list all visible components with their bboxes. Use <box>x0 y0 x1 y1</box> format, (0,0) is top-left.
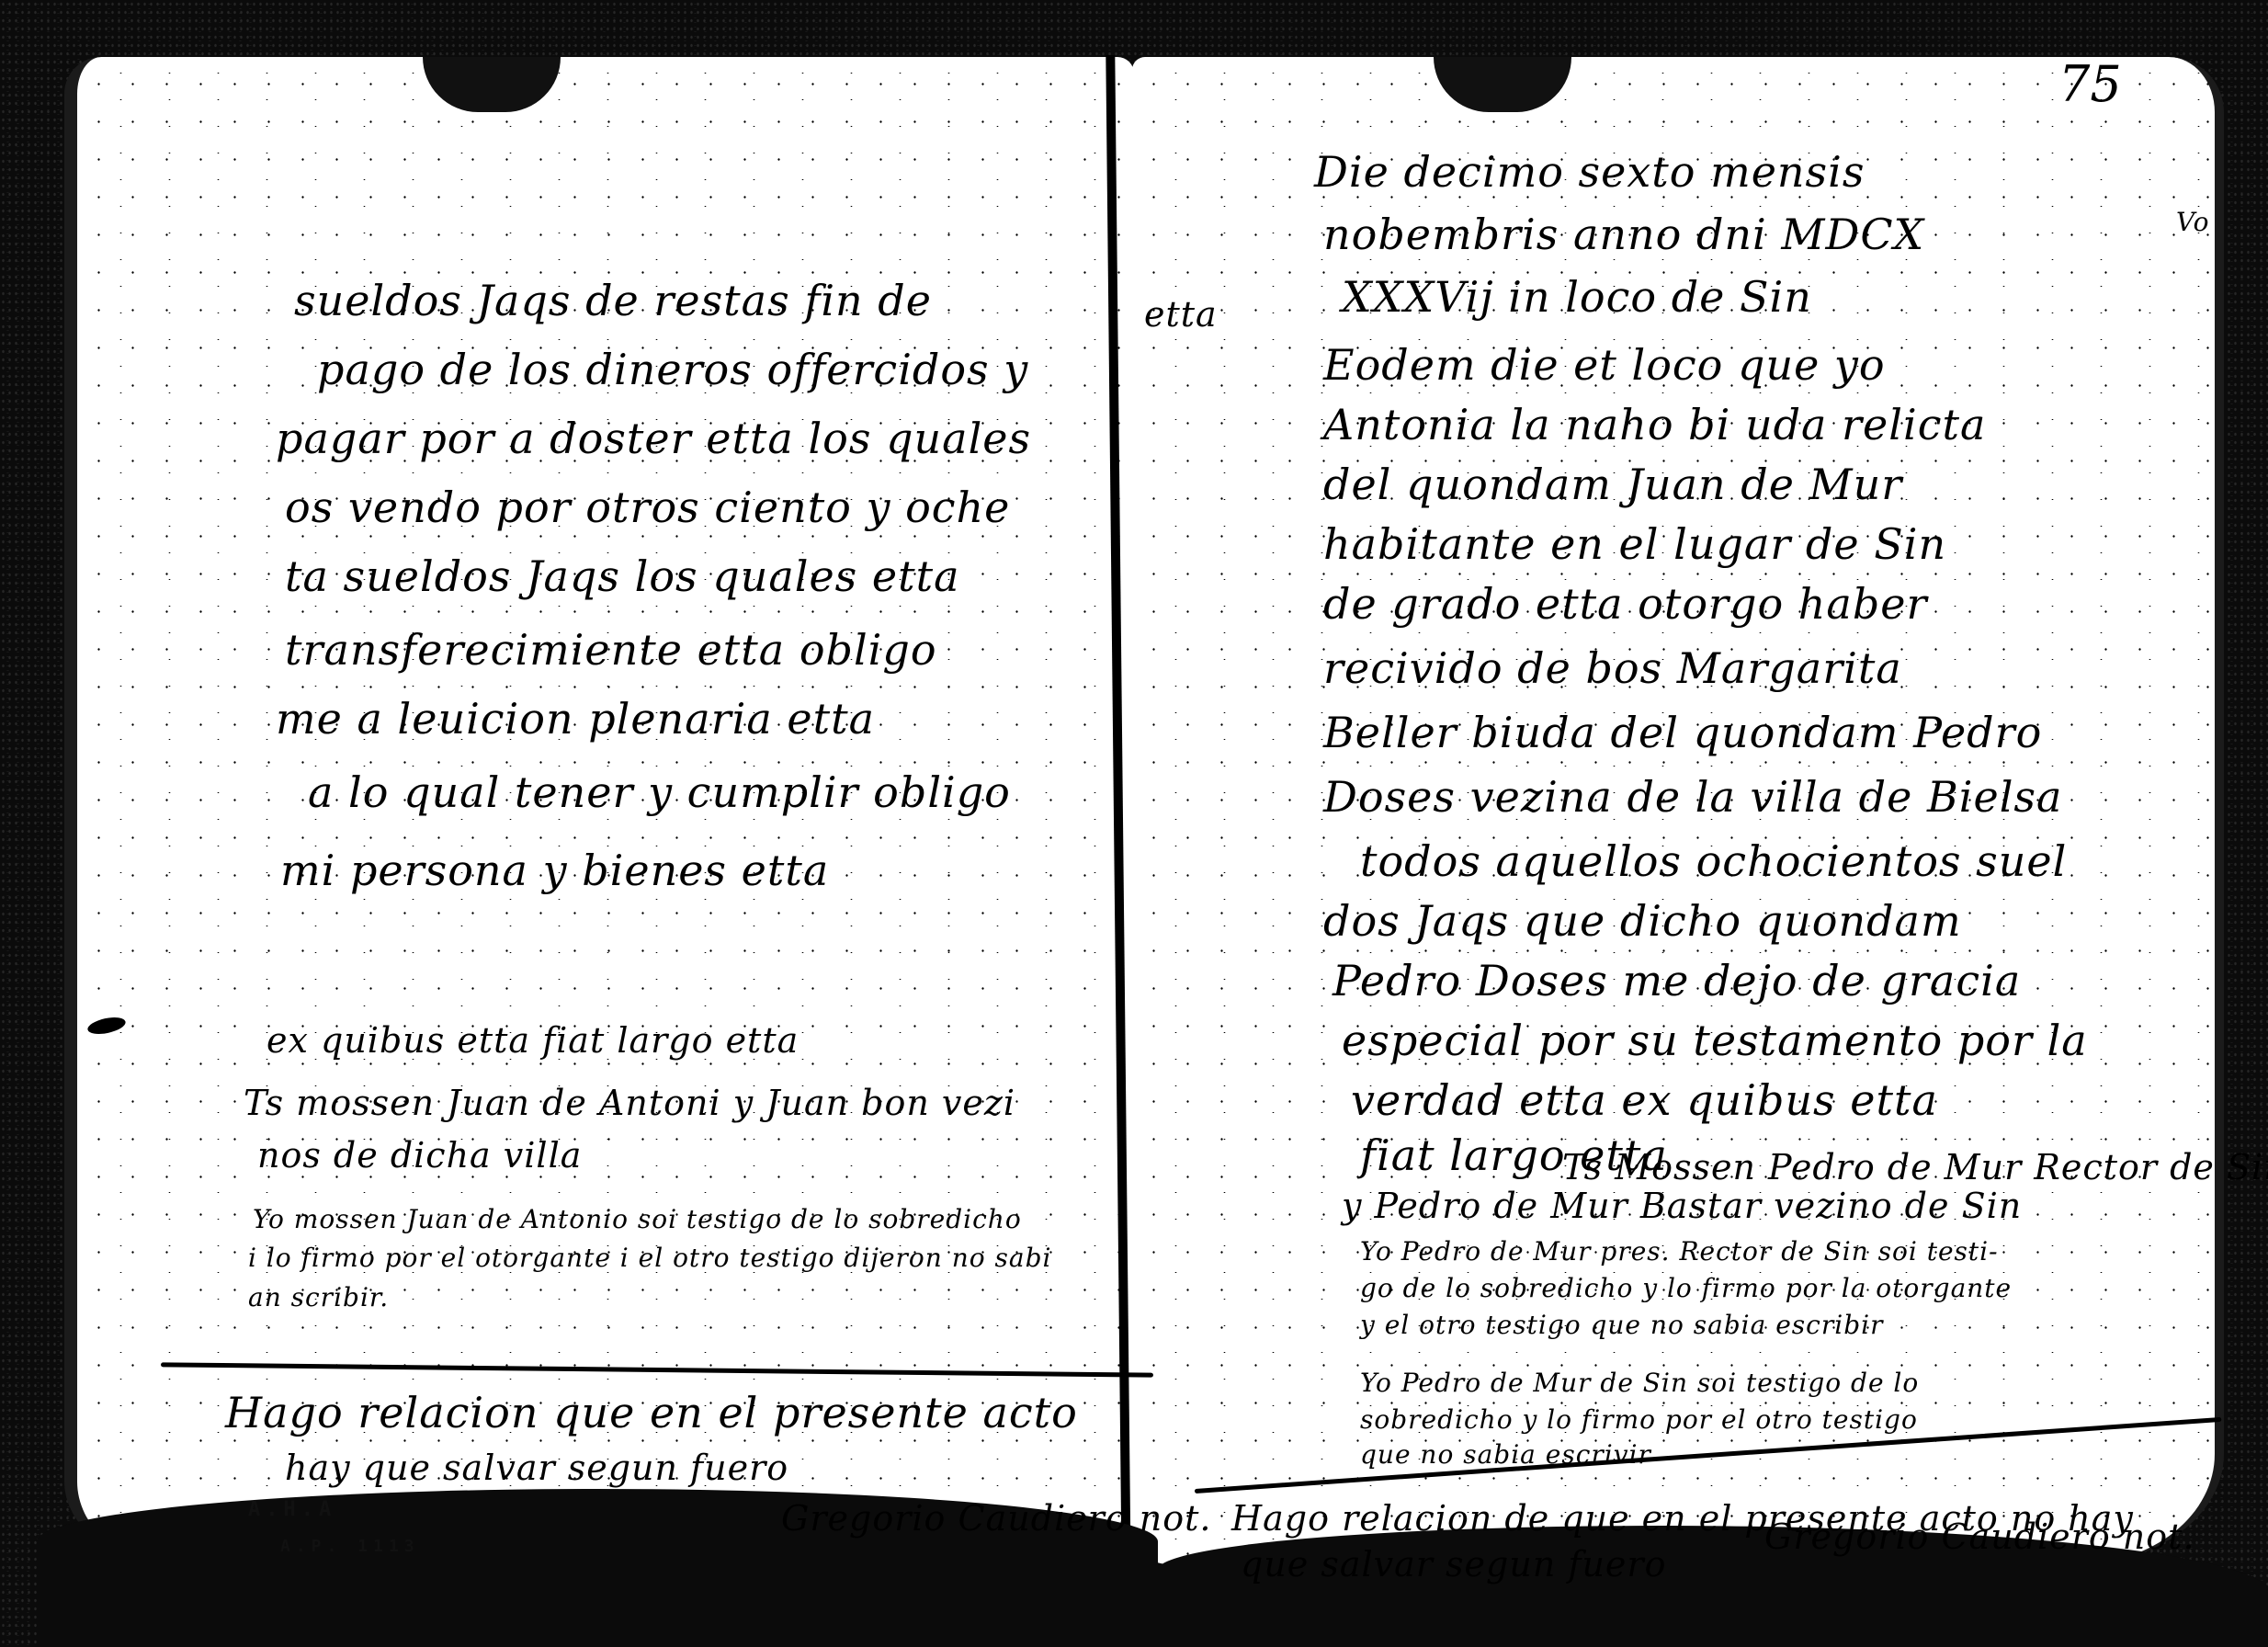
right-text-line: de grado etta otorgo haber <box>1323 579 1928 629</box>
left-text-line: os vendo por otros ciento y oche <box>285 483 1010 532</box>
right-text-line: todos aquellos ochocientos suel <box>1360 836 2067 886</box>
right-text-line: dos Jaqs que dicho quondam <box>1323 896 1962 946</box>
left-text-line: transferecimiente etta obligo <box>285 625 937 675</box>
right-text-line: del quondam Juan de Mur <box>1323 460 1902 509</box>
right-text-line: Die decimo sexto mensis <box>1314 147 1865 197</box>
left-text-line: me a leuicion plenaria etta <box>276 694 875 744</box>
right-witness-line: y Pedro de Mur Bastar vezino de Sin <box>1342 1186 2022 1226</box>
right-signature-line: que no sabia escrivir <box>1360 1439 1651 1470</box>
right-text-line: especial por su testamento por la <box>1342 1016 2088 1065</box>
right-text-line: Doses vezina de la villa de Bielsa <box>1323 772 2062 822</box>
left-closing-line: nos de dicha villa <box>257 1135 582 1176</box>
right-signature-line: Yo Pedro de Mur de Sin soi testigo de lo <box>1360 1368 1919 1398</box>
left-text-line: mi persona y bienes etta <box>280 846 829 895</box>
right-signature-line: go de lo sobredicho y lo firmo por la ot… <box>1360 1273 2012 1303</box>
left-text-line: sueldos Jaqs de restas fin de <box>294 276 932 325</box>
margin-note: Vo <box>2176 207 2210 237</box>
right-text-line: recivido de bos Margarita <box>1323 643 1902 693</box>
left-signature-line: i lo firmo por el otorgante i el otro te… <box>248 1243 1051 1273</box>
right-signature-line: Yo Pedro de Mur pres. Rector de Sin soi … <box>1360 1236 1999 1266</box>
left-signature-line: Yo mossen Juan de Antonio soi testigo de… <box>253 1204 1022 1234</box>
right-text-line: XXXVij in loco de Sin <box>1342 272 1812 322</box>
right-text-line: Eodem die et loco que yo <box>1323 340 1886 390</box>
archive-stamp: A.H.A <box>248 1498 336 1521</box>
archive-stamp-number: A.P. 1113 <box>280 1537 420 1556</box>
left-text-line: a lo qual tener y cumplir obligo <box>308 767 1011 817</box>
right-text-line: habitante en el lugar de Sin <box>1323 519 1946 569</box>
right-text-line: verdad etta ex quibus etta <box>1351 1075 1938 1125</box>
notary-signature: Gregorio Caudiero not. <box>781 1498 1211 1539</box>
left-signature-line: an scribir. <box>248 1282 389 1312</box>
folio-number: 75 <box>2058 55 2122 113</box>
right-text-line: Pedro Doses me dejo de gracia <box>1332 956 2021 1005</box>
right-text-line: Antonia la naho bi uda relicta <box>1323 400 1986 449</box>
left-text-line: pago de los dineros offercidos y <box>317 345 1028 394</box>
right-witness-line: Ts Mossen Pedro de Mur Rector de Sin <box>1562 1147 2268 1187</box>
margin-note: etta <box>1144 294 1218 335</box>
left-footer-line: hay que salvar segun fuero <box>285 1448 788 1488</box>
right-signature-line: y el otro testigo que no sabia escribir <box>1360 1310 1883 1340</box>
right-footer-line: que salvar segun fuero <box>1241 1544 1666 1585</box>
right-text-line: Beller biuda del quondam Pedro <box>1323 708 2042 757</box>
left-closing-line: Ts mossen Juan de Antoni y Juan bon vezi <box>244 1083 1015 1123</box>
notary-signature: Gregorio Caudiero not. <box>1764 1516 2194 1557</box>
left-text-line: pagar por a doster etta los quales <box>276 414 1031 463</box>
left-text-line: ta sueldos Jaqs los quales etta <box>285 551 960 601</box>
right-signature-line: sobredicho y lo firmo por el otro testig… <box>1360 1404 1918 1435</box>
left-closing-line: ex quibus etta fiat largo etta <box>266 1020 799 1061</box>
right-text-line: nobembris anno dni MDCX <box>1323 210 1924 259</box>
left-footer-line: Hago relacion que en el presente acto <box>225 1388 1078 1437</box>
